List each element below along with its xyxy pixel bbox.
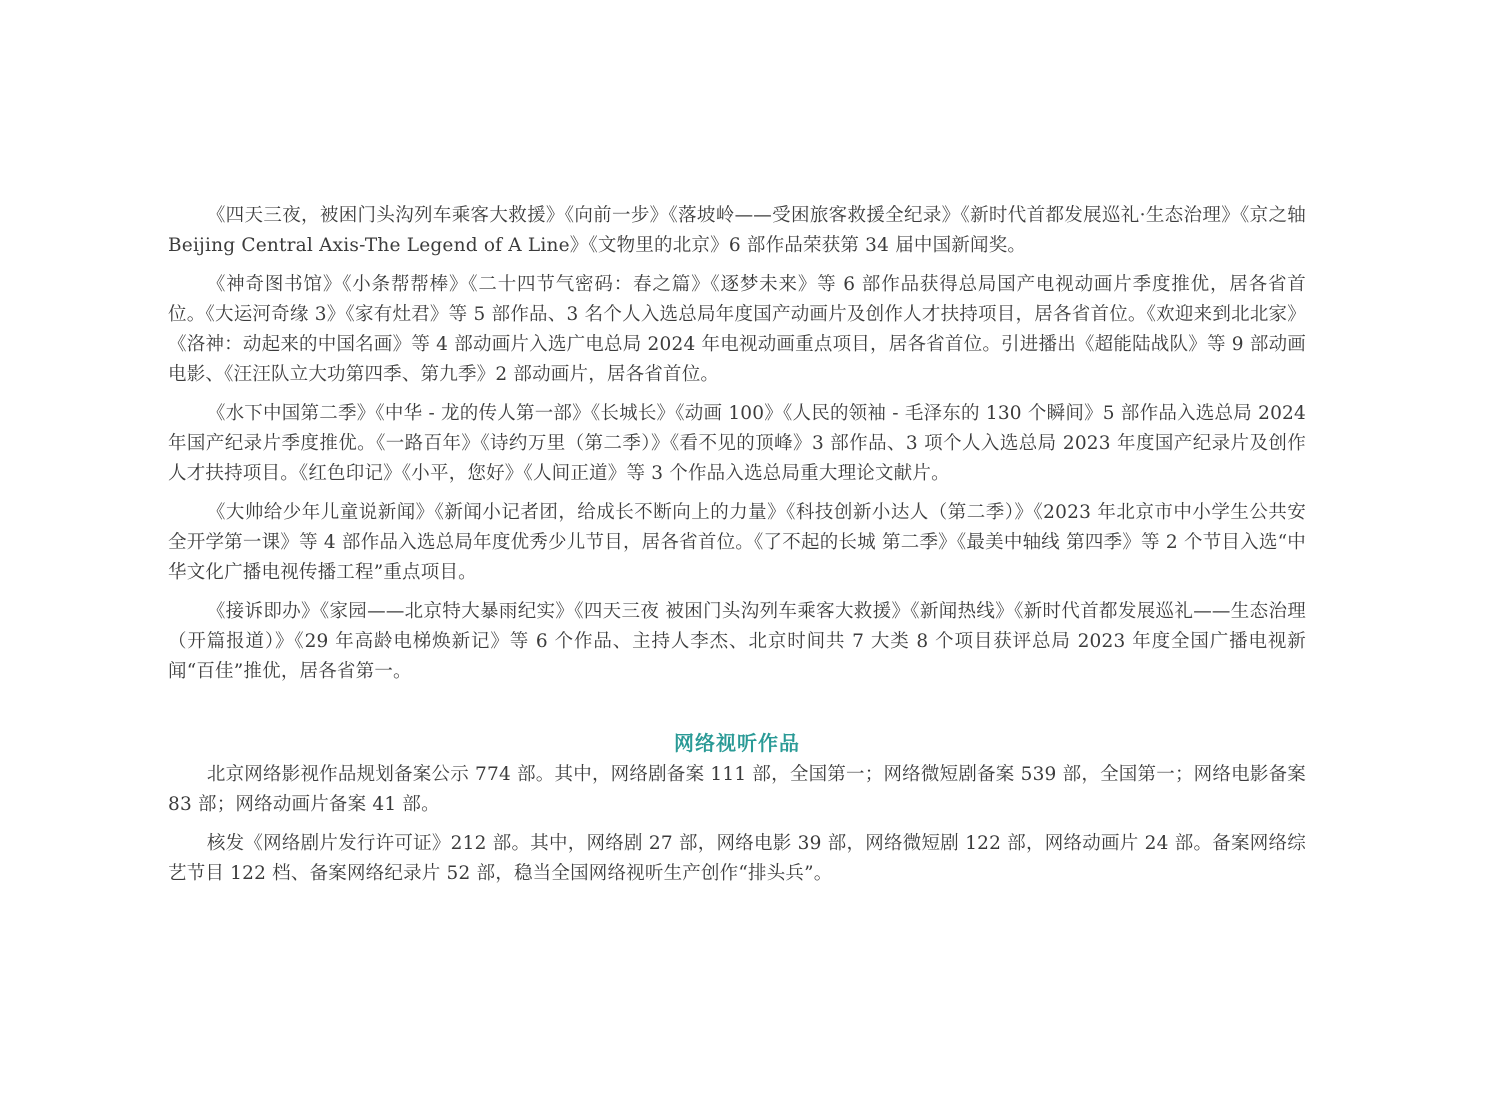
paragraph-children-programs: 《大帅给少年儿童说新闻》《新闻小记者团，给成长不断向上的力量》《科技创新小达人（… [168, 498, 1306, 588]
paragraph-online-license: 核发《网络剧片发行许可证》212 部。其中，网络剧 27 部，网络电影 39 部… [168, 829, 1306, 889]
document-page: 《四天三夜，被困门头沟列车乘客大救援》《向前一步》《落坡岭——受困旅客救援全纪录… [168, 201, 1306, 898]
section-title-online-av-works: 网络视听作品 [168, 728, 1306, 758]
paragraph-animation: 《神奇图书馆》《小条帮帮棒》《二十四节气密码：春之篇》《逐梦未来》等 6 部作品… [168, 270, 1306, 390]
paragraph-news-top-hundred: 《接诉即办》《家园——北京特大暴雨纪实》《四天三夜 被困门头沟列车乘客大救援》《… [168, 597, 1306, 687]
paragraph-news-awards: 《四天三夜，被困门头沟列车乘客大救援》《向前一步》《落坡岭——受困旅客救援全纪录… [168, 201, 1306, 261]
paragraph-documentary: 《水下中国第二季》《中华 - 龙的传人第一部》《长城长》《动画 100》《人民的… [168, 399, 1306, 489]
paragraph-online-filing: 北京网络影视作品规划备案公示 774 部。其中，网络剧备案 111 部，全国第一… [168, 760, 1306, 820]
section-spacer [168, 696, 1306, 728]
